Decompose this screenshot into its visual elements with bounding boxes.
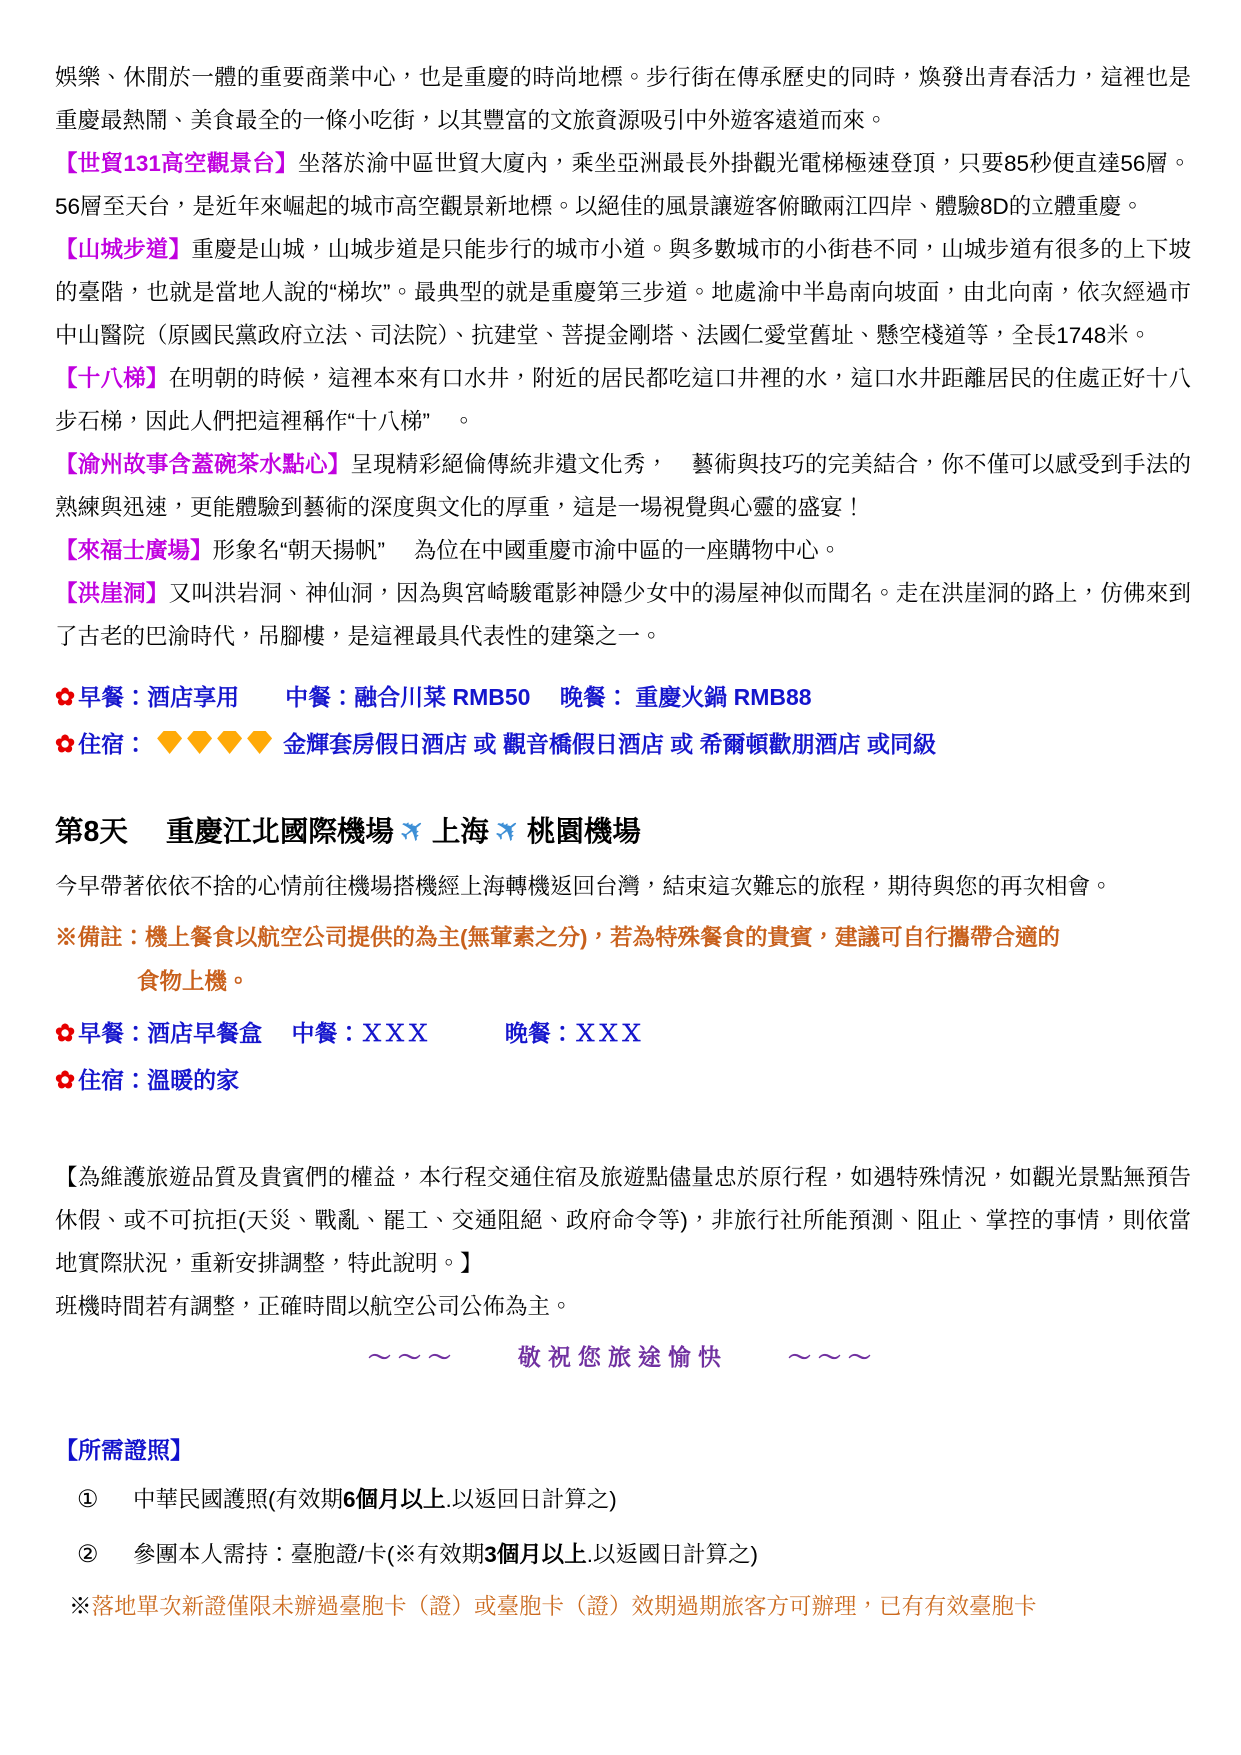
spot-paragraph-raffles-city: 【來福士廣場】形象名“朝天揚帆” 為位在中國重慶市渝中區的一座購物中心。: [55, 529, 1191, 572]
hotel-rating-gem-icons: [157, 723, 277, 770]
spot-paragraph-eighteen-steps: 【十八梯】在明朝的時候，這裡本來有口水井，附近的居民都吃這口井裡的水，這口水井距…: [55, 357, 1191, 443]
document-item-taibaozheng: ② 參團本人需持：臺胞證/卡(※有效期3個月以上.以返國日計算之): [55, 1527, 1191, 1582]
day7-meals-text: 早餐：酒店享用 中餐：融合川菜 RMB50 晚餐： 重慶火鍋 RMB88: [78, 684, 811, 710]
day7-lodging-hotels: 金輝套房假日酒店 或 觀音橋假日酒店 或 希爾頓歡朋酒店 或同級: [283, 731, 936, 757]
required-documents-title: 【所需證照】: [55, 1428, 1191, 1472]
spot-body: 在明朝的時候，這裡本來有口水井，附近的居民都吃這口井裡的水，這口水井距離居民的住…: [55, 366, 1191, 434]
bon-voyage-wish: ～～～ 敬祝您旅途愉快 ～～～: [55, 1334, 1191, 1380]
day7-meals-line: ✿早餐：酒店享用 中餐：融合川菜 RMB50 晚餐： 重慶火鍋 RMB88: [55, 674, 1191, 721]
spot-body: 又叫洪岩洞、神仙洞，因為與宮崎駿電影神隱少女中的湯屋神似而聞名。走在洪崖洞的路上…: [55, 581, 1191, 649]
intro-paragraph: 娛樂、休閒於一體的重要商業中心，也是重慶的時尚地標。步行街在傳承歷史的同時，煥發…: [55, 56, 1191, 142]
spot-title: 【山城步道】: [55, 237, 191, 262]
day7-lodging-line: ✿住宿：金輝套房假日酒店 或 觀音橋假日酒店 或 希爾頓歡朋酒店 或同級: [55, 721, 1191, 770]
airplane-icon: ✈: [483, 805, 532, 857]
day8-route-via: 上海: [432, 816, 489, 848]
note-marker: ※: [69, 1594, 92, 1619]
taibaoka-note: ※落地單次新證僅限未辦過臺胞卡（證）或臺胞卡（證）效期過期旅客方可辦理，已有有效…: [55, 1582, 1191, 1632]
day8-heading: 第8天重慶江北國際機場✈上海✈桃園機場: [55, 808, 1191, 855]
airplane-icon: ✈: [388, 805, 437, 857]
day8-meals-line: ✿早餐：酒店早餐盒 中餐：ＸＸＸ 晚餐：ＸＸＸ: [55, 1010, 1191, 1057]
spot-title: 【渝州故事含蓋碗茶水點心】: [55, 452, 350, 477]
spot-paragraph-yuzhou-story: 【渝州故事含蓋碗茶水點心】呈現精彩絕倫傳統非遺文化秀， 藝術與技巧的完美結合，你…: [55, 443, 1191, 529]
document-item-text: 中華民國護照(有效期6個月以上.以返回日計算之): [133, 1472, 617, 1527]
itinerary-document: 娛樂、休閒於一體的重要商業中心，也是重慶的時尚地標。步行街在傳承歷史的同時，煥發…: [0, 0, 1241, 1755]
spot-paragraph-sky-deck: 【世貿131高空觀景台】坐落於渝中區世貿大廈內，乘坐亞洲最長外掛觀光電梯極速登頂…: [55, 142, 1191, 228]
day8-description: 今早帶著依依不捨的心情前往機場搭機經上海轉機返回台灣，結束這次難忘的旅程，期待與…: [55, 865, 1191, 908]
day7-lodging-label: 住宿：: [78, 731, 147, 757]
spot-title: 【來福士廣場】: [55, 538, 213, 563]
list-marker-2: ②: [77, 1527, 133, 1582]
gem-icon: [247, 731, 272, 754]
note-text: 落地單次新證僅限未辦過臺胞卡（證）或臺胞卡（證）效期過期旅客方可辦理，已有有效臺…: [92, 1594, 1037, 1619]
flower-icon: ✿: [55, 1020, 75, 1047]
spot-title: 【十八梯】: [55, 366, 169, 391]
document-item-text: 參團本人需持：臺胞證/卡(※有效期3個月以上.以返國日計算之): [133, 1527, 758, 1582]
flight-time-note: 班機時間若有調整，正確時間以航空公司公佈為主。: [55, 1285, 1191, 1328]
disclaimer-paragraph: 【為維護旅遊品質及貴賓們的權益，本行程交通住宿及旅遊點儘量忠於原行程，如遇特殊情…: [55, 1156, 1191, 1285]
gem-icon: [217, 731, 242, 754]
document-item-passport: ① 中華民國護照(有效期6個月以上.以返回日計算之): [55, 1472, 1191, 1527]
spot-body: 重慶是山城，山城步道是只能步行的城市小道。與多數城市的小街巷不同，山城步道有很多…: [55, 237, 1191, 348]
day8-number: 第8天: [55, 816, 128, 848]
spot-title: 【洪崖洞】: [55, 581, 169, 606]
flower-icon: ✿: [55, 1067, 75, 1094]
gem-icon: [187, 731, 212, 754]
spot-title: 【世貿131高空觀景台】: [55, 151, 298, 176]
spot-body: 形象名“朝天揚帆” 為位在中國重慶市渝中區的一座購物中心。: [213, 538, 842, 563]
flight-meal-remark: ※備註：機上餐食以航空公司提供的為主(無葷素之分)，若為特殊餐食的貴賓，建議可自…: [55, 916, 1191, 1004]
day8-lodging-text: 住宿：溫暖的家: [78, 1067, 239, 1093]
day8-lodging-line: ✿住宿：溫暖的家: [55, 1057, 1191, 1104]
gem-icon: [157, 731, 182, 754]
flower-icon: ✿: [55, 731, 75, 758]
spot-paragraph-mountain-trail: 【山城步道】重慶是山城，山城步道是只能步行的城市小道。與多數城市的小街巷不同，山…: [55, 228, 1191, 357]
remark-line-1: ※備註：機上餐食以航空公司提供的為主(無葷素之分)，若為特殊餐食的貴賓，建議可自…: [55, 916, 1191, 960]
spot-paragraph-hongya-cave: 【洪崖洞】又叫洪岩洞、神仙洞，因為與宮崎駿電影神隱少女中的湯屋神似而聞名。走在洪…: [55, 572, 1191, 658]
day8-route-from: 重慶江北國際機場: [166, 816, 394, 848]
flower-icon: ✿: [55, 684, 75, 711]
remark-line-2: 食物上機。: [55, 960, 1191, 1004]
day8-route-to: 桃園機場: [527, 816, 641, 848]
day8-meals-text: 早餐：酒店早餐盒 中餐：ＸＸＸ 晚餐：ＸＸＸ: [78, 1020, 643, 1046]
list-marker-1: ①: [77, 1472, 133, 1527]
